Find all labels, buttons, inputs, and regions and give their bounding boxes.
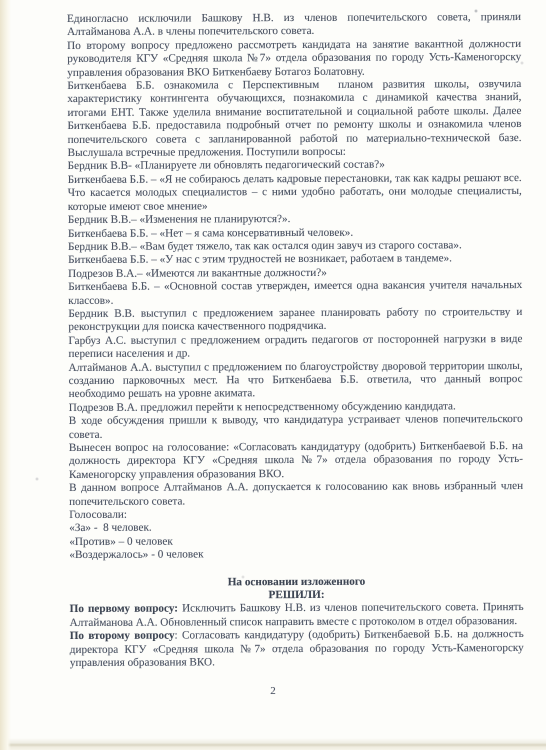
document-page: Единогласно исключили Башкову Н.В. из чл… bbox=[0, 0, 546, 750]
paragraph: Бердник В.В.– «Вам будет тяжело, так как… bbox=[68, 239, 522, 254]
paragraph-lead: По второму вопросу bbox=[70, 630, 175, 642]
paragraph: Вынесен вопрос на голосование: «Согласов… bbox=[69, 440, 523, 482]
paragraph: По второму вопросу предложено рассмотрет… bbox=[67, 38, 521, 80]
paragraph: В данном вопросе Алтайманов А.А. допуска… bbox=[69, 480, 523, 509]
paragraph-lead: По первому вопросу: bbox=[70, 603, 178, 615]
document-body: Единогласно исключили Башкову Н.В. из чл… bbox=[67, 11, 524, 670]
paragraph: Биткенбаева Б.Б. – «Основной состав утве… bbox=[68, 279, 522, 308]
paragraph: Гарбуз А.С. выступил с предложением огра… bbox=[68, 333, 522, 362]
paragraph: Единогласно исключили Башкову Н.В. из чл… bbox=[67, 11, 521, 40]
paragraph: Бердник В.В. выступил с предложением зар… bbox=[68, 306, 522, 335]
paragraph: Биткенбаева Б.Б. ознакомила с Перспектив… bbox=[67, 78, 521, 160]
paragraph: По второму вопросу: Согласовать кандидат… bbox=[70, 628, 524, 670]
scan-left-edge bbox=[0, 0, 11, 750]
paragraph: Алтайманов А.А. выступил с предложением … bbox=[69, 360, 523, 402]
paragraph: Биткенбаева Б.Б. – «Я не собираюсь делат… bbox=[68, 172, 522, 214]
paragraph: По первому вопросу: Исключить Башкову Н.… bbox=[70, 601, 524, 630]
paragraph: «Воздержалось» - 0 человек bbox=[69, 547, 523, 562]
paragraph: В ходе обсуждения пришли к выводу, что к… bbox=[69, 413, 523, 442]
page-number: 2 bbox=[67, 685, 479, 697]
scan-bottom-edge bbox=[0, 738, 546, 750]
